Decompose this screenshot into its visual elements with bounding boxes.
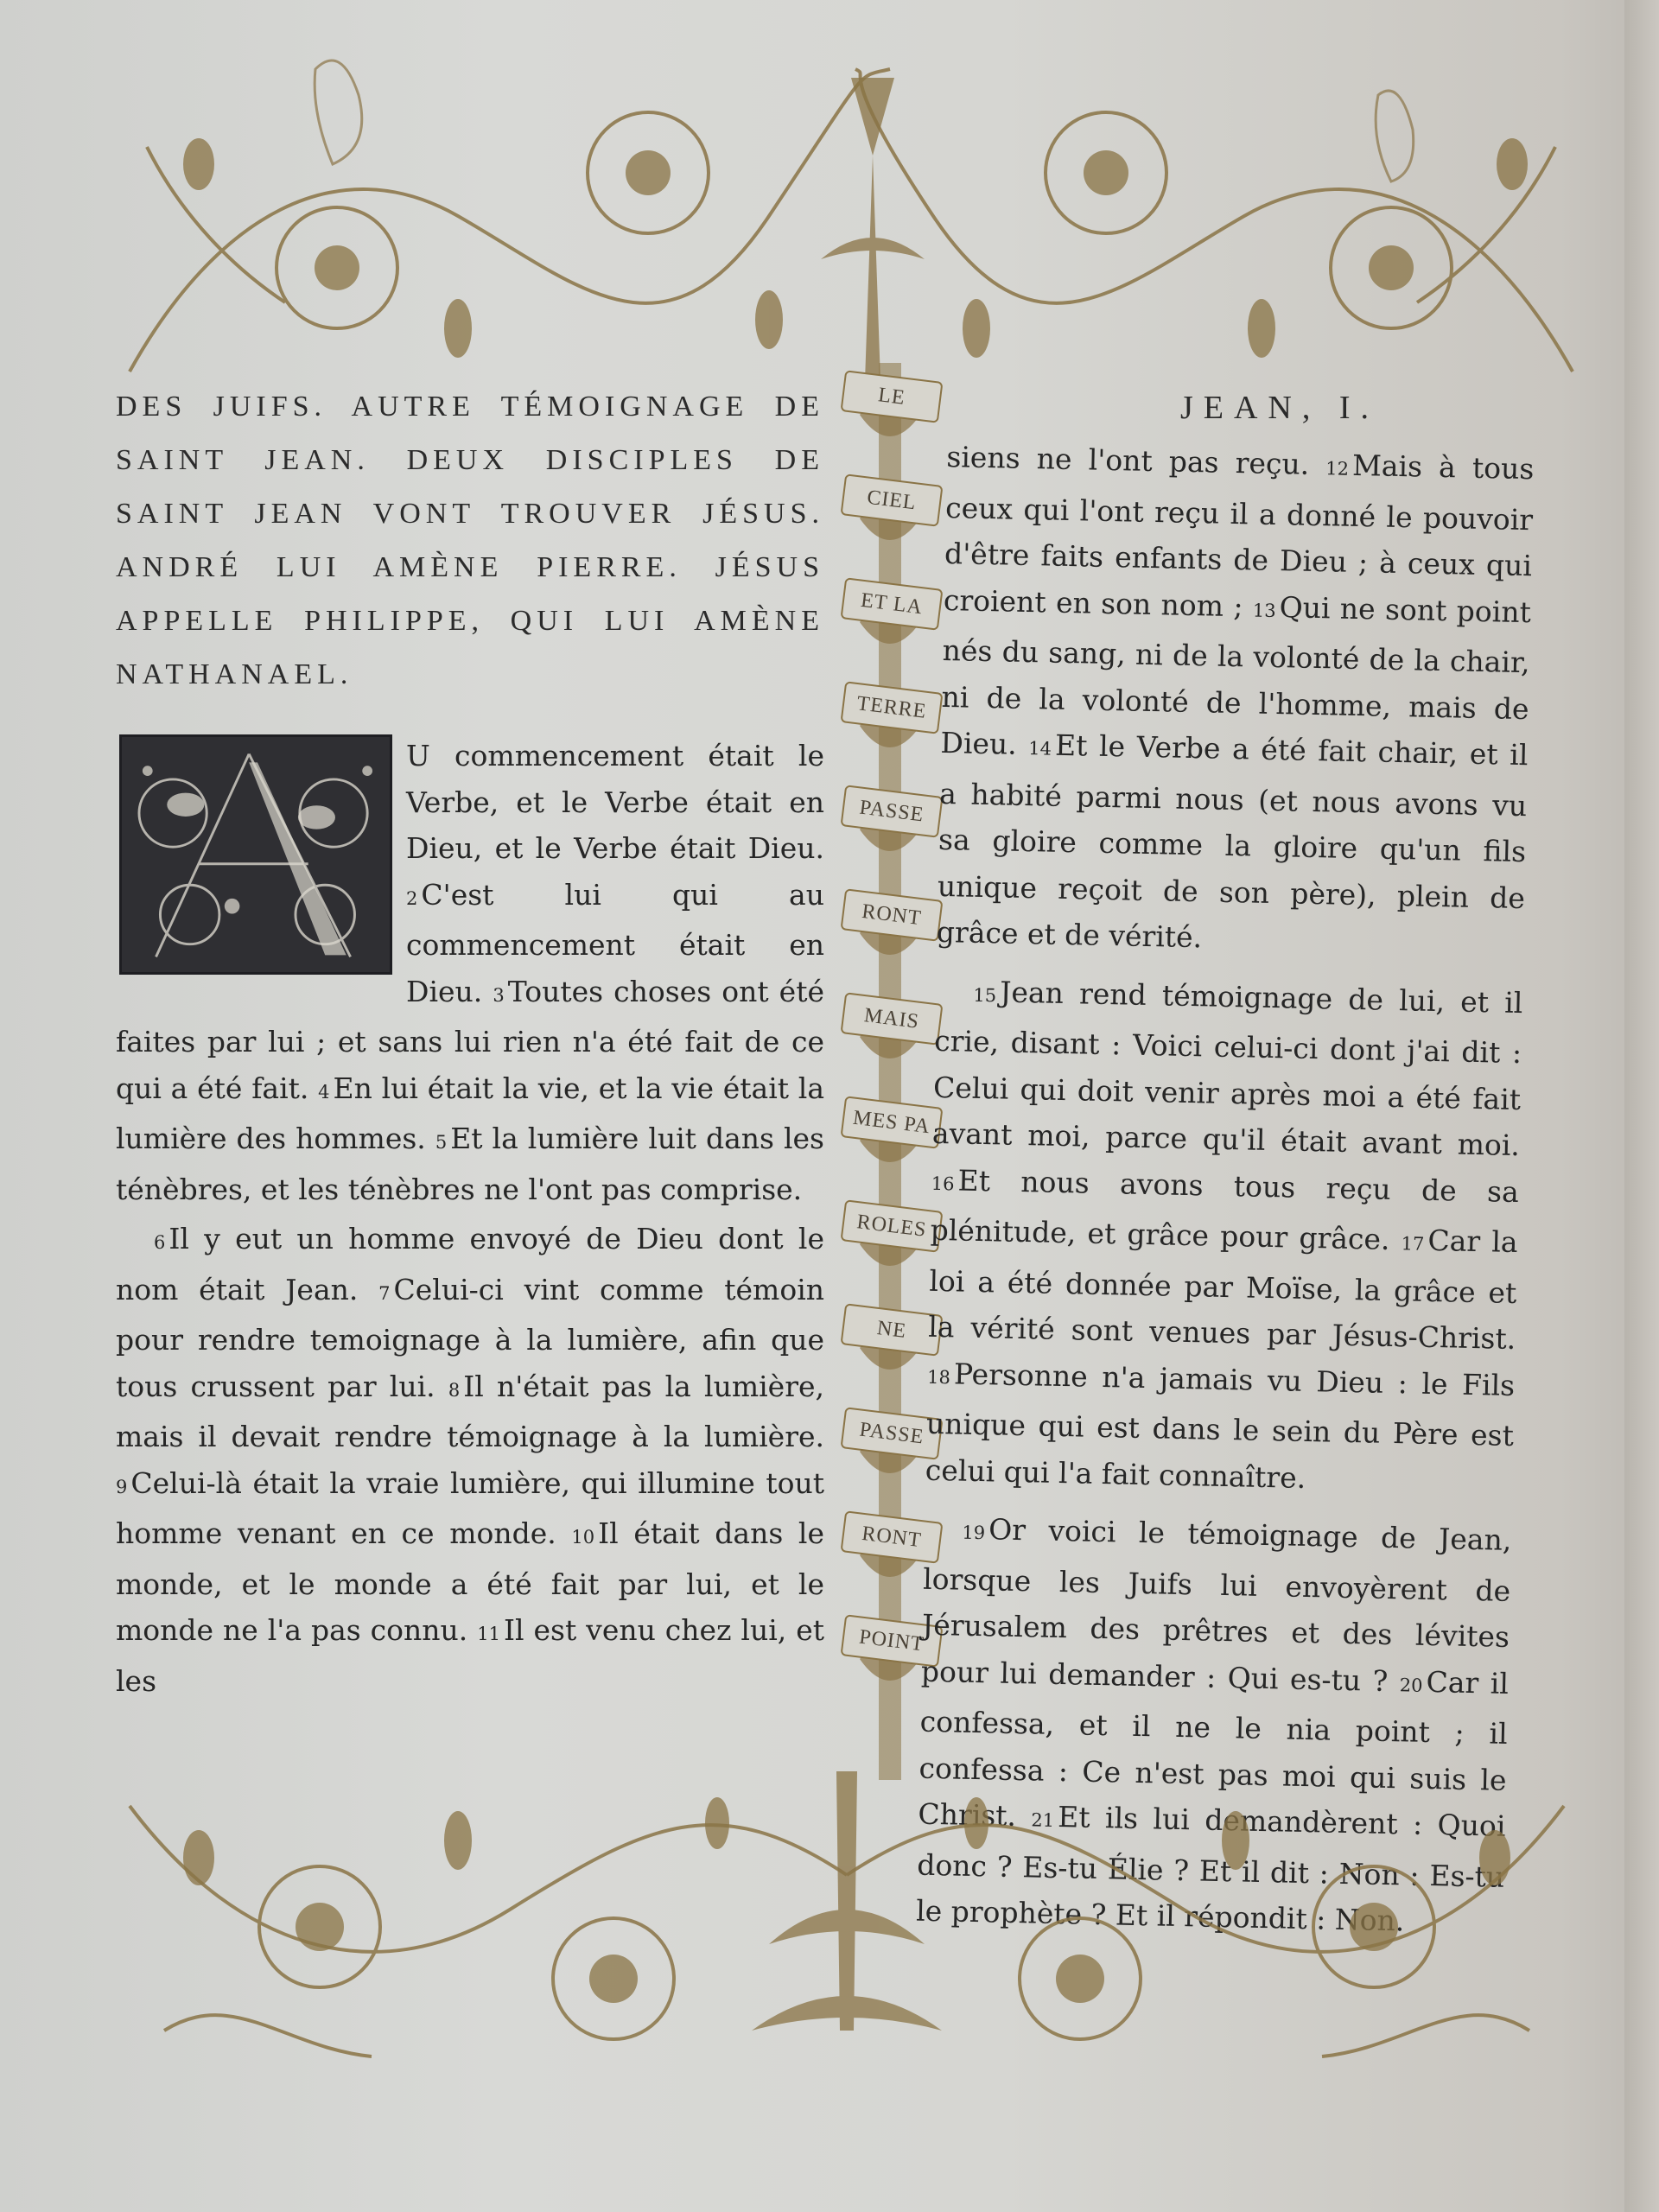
verse-number: 10	[571, 1527, 594, 1548]
verse-segment: siens ne l'ont pas reçu.	[946, 440, 1326, 481]
verse-number: 13	[1253, 600, 1276, 621]
verse-segment: Jean rend témoignage de lui, et il crie,…	[932, 975, 1523, 1162]
chapter-summary: DES JUIFS. AUTRE TÉMOIGNAGE DE SAINT JEA…	[116, 380, 824, 702]
running-head: JEAN, I.	[1025, 389, 1535, 427]
verse-number: 16	[931, 1173, 955, 1194]
verse-number: 14	[1028, 738, 1052, 760]
verse-segment: U commencement était le Verbe, et le Ver…	[406, 739, 824, 865]
page-edge-shadow	[1624, 0, 1659, 2212]
verse-number: 8	[448, 1380, 460, 1401]
left-column: DES JUIFS. AUTRE TÉMOIGNAGE DE SAINT JEA…	[116, 380, 824, 1704]
paragraph: siens ne l'ont pas reçu. 12Mais à tous c…	[936, 434, 1534, 968]
verse-segment: Et le Verbe a été fait chair, et il a ha…	[937, 728, 1529, 955]
floral-border-top-icon	[112, 43, 1590, 406]
verse-number: 20	[1400, 1675, 1423, 1696]
verse-number: 3	[493, 985, 504, 1006]
verse-segment: Or voici le témoignage de Jean, lorsque …	[921, 1512, 1512, 1697]
verse-number: 15	[973, 984, 996, 1006]
verse-number: 2	[406, 888, 417, 909]
verse-number: 11	[477, 1624, 500, 1644]
verse-number: 17	[1401, 1233, 1424, 1255]
verse-number: 7	[378, 1283, 390, 1304]
verse-segment: Personne n'a jamais vu Dieu : le Fils un…	[925, 1357, 1515, 1495]
verse-number: 4	[318, 1082, 329, 1103]
paragraph: 6Il y eut un homme envoyé de Dieu dont l…	[116, 1216, 824, 1704]
verse-number: 5	[435, 1132, 447, 1153]
verse-number: 18	[927, 1366, 950, 1388]
verse-number: 19	[962, 1522, 985, 1544]
paragraph: 15Jean rend témoignage de lui, et il cri…	[925, 967, 1523, 1505]
floral-border-bottom-icon	[112, 1771, 1581, 2082]
verse-number: 6	[154, 1232, 165, 1253]
paragraph: U commencement était le Verbe, et le Ver…	[116, 733, 824, 1212]
right-column: JEAN, I. siens ne l'ont pas reçu. 12Mais…	[947, 389, 1535, 1947]
verse-number: 12	[1325, 458, 1349, 480]
verse-number: 9	[116, 1477, 127, 1497]
right-column-body: siens ne l'ont pas reçu. 12Mais à tous c…	[916, 434, 1535, 1946]
illuminated-letter-a-icon	[119, 734, 392, 975]
